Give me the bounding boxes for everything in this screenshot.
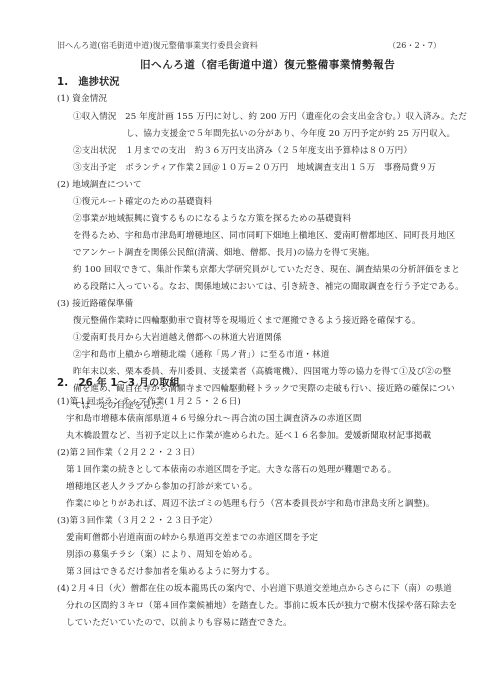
sub3-line: ②宇和島市上槇から増穂北端（通称「馬ノ背」）に至る市道・林道	[73, 349, 330, 361]
sub3-line: 復元整備作業時に四輪駆動車で資材等を現場近くまで運搬できるよう接近路を確保する。	[73, 315, 421, 327]
header-left: 旧へんろ道(宿毛街道中道)復元整備事業実行委員会資料	[57, 40, 258, 52]
item3-line: 別添の募集チラシ（案）により、周知を始める。	[66, 549, 257, 561]
sub1-line: ③支出予定 ボランティア作業２回＠１０万=２０万円 地域調査支出１５万 事務局費…	[73, 162, 436, 174]
sub1-line: し、協力支援金で５年間先払いの分があり、今年度 20 万円予定が約 25 万円収…	[126, 128, 455, 140]
item2-line: 作業にゆとりがあれば、周辺不法ゴミの処理も行う（宮本委員長が宇和島市津島支所と調…	[66, 498, 435, 510]
sub3-line: ①愛南町長月から大岩道越え僧都への林道大岩道関係	[73, 332, 282, 344]
item3-heading: (3)第３回作業（３月２２・２３日予定）	[57, 515, 217, 527]
item2-line: 増穂地区老人クラブから参加の打診が来ている。	[66, 481, 257, 493]
sub2-line: を得るため、宇和島市津島町増穂地区、同市同町下畑地上槇地区、愛南町僧都地区、同町…	[73, 230, 455, 242]
sub2-heading: (2) 地域調査について	[57, 179, 142, 191]
sub1-line: ②支出状況 １月までの支出 約３６万円支出済み（２５年度支出予算枠は８０万円）	[73, 145, 412, 157]
sub2-line: ②事業が地域振興に資するものになるような方策を探るための基礎資料	[73, 213, 351, 225]
sub2-line: める段階に入っている。なお、関係地域においては、引き続き、補完の聞取調査を行う予…	[73, 281, 464, 293]
sub2-line: 約 100 回収できて、集計作業も京都大学研究員がしていただき、現在、調査結果の…	[73, 264, 460, 276]
section1-heading: 1. 進捗状況	[57, 77, 120, 89]
sub2-line: ①復元ルート確定のための基礎資料	[73, 196, 212, 208]
sub1-line: ①収入情況 25 年度計画 155 万円に対し、約 200 万円（遺産化の会支出…	[73, 111, 467, 123]
sub1-heading: (1) 資金情況	[57, 93, 107, 105]
item3-line: 愛南町僧都小岩道南面の峠から県道再交差までの赤道区間を予定	[66, 532, 318, 544]
item2-heading: (2)第２回作業（２月２２・２３日）	[57, 447, 200, 459]
item1-line: 丸木橋設置など、当初予定以上に作業が進められた。延べ１６名参加。愛媛新聞取材記事…	[66, 430, 431, 442]
item4-line: していただいていたので、以前よりも容易に踏査できた。	[66, 617, 292, 629]
item1-line: 宇和島市増穂本俵南部県道４６号線分れ～再合流の国土調査済みの赤道区間	[66, 413, 362, 425]
item2-line: 第１回作業の続きとして本俵南の赤道区間を予定。大きな落石の処理が難題である。	[66, 464, 396, 476]
sub3-line: 昨年末以来、栗本委員、寿川委員、支援業者（高橋電機）、四国電力等の協力を得て①及…	[73, 366, 451, 378]
item4-line: 分れの区間約３キロ（第４回作業候補地）を踏査した。事前に坂本氏が独力で樹木伐採や…	[66, 600, 457, 612]
section2-heading: 2. 26 年 1～3 月の取組	[57, 378, 180, 390]
document-page: 旧へんろ道(宿毛街道中道)復元整備事業実行委員会資料 （26・2・7） 旧へんろ…	[0, 0, 480, 679]
item3-line: 第３回はできるだけ参加者を集めるように努力する。	[66, 566, 275, 578]
page-title: 旧へんろ道（宿毛街道中道）復元整備事業情勢報告	[140, 59, 395, 71]
item4-heading: (4)２月４日（火）僧都在住の坂本龍馬氏の案内で、小岩道下県道交差地点からさらに…	[57, 583, 452, 595]
item1-heading: (1)第１回ボランティア作業(１月２５・２６日)	[57, 396, 241, 408]
sub3-heading: (3) 接近路確保準備	[57, 298, 133, 310]
header-date: （26・2・7）	[388, 40, 441, 52]
sub2-line: でアンケート調査を関係公民館(清満、畑地、僧都、長月)の協力を得て実施。	[73, 247, 375, 259]
